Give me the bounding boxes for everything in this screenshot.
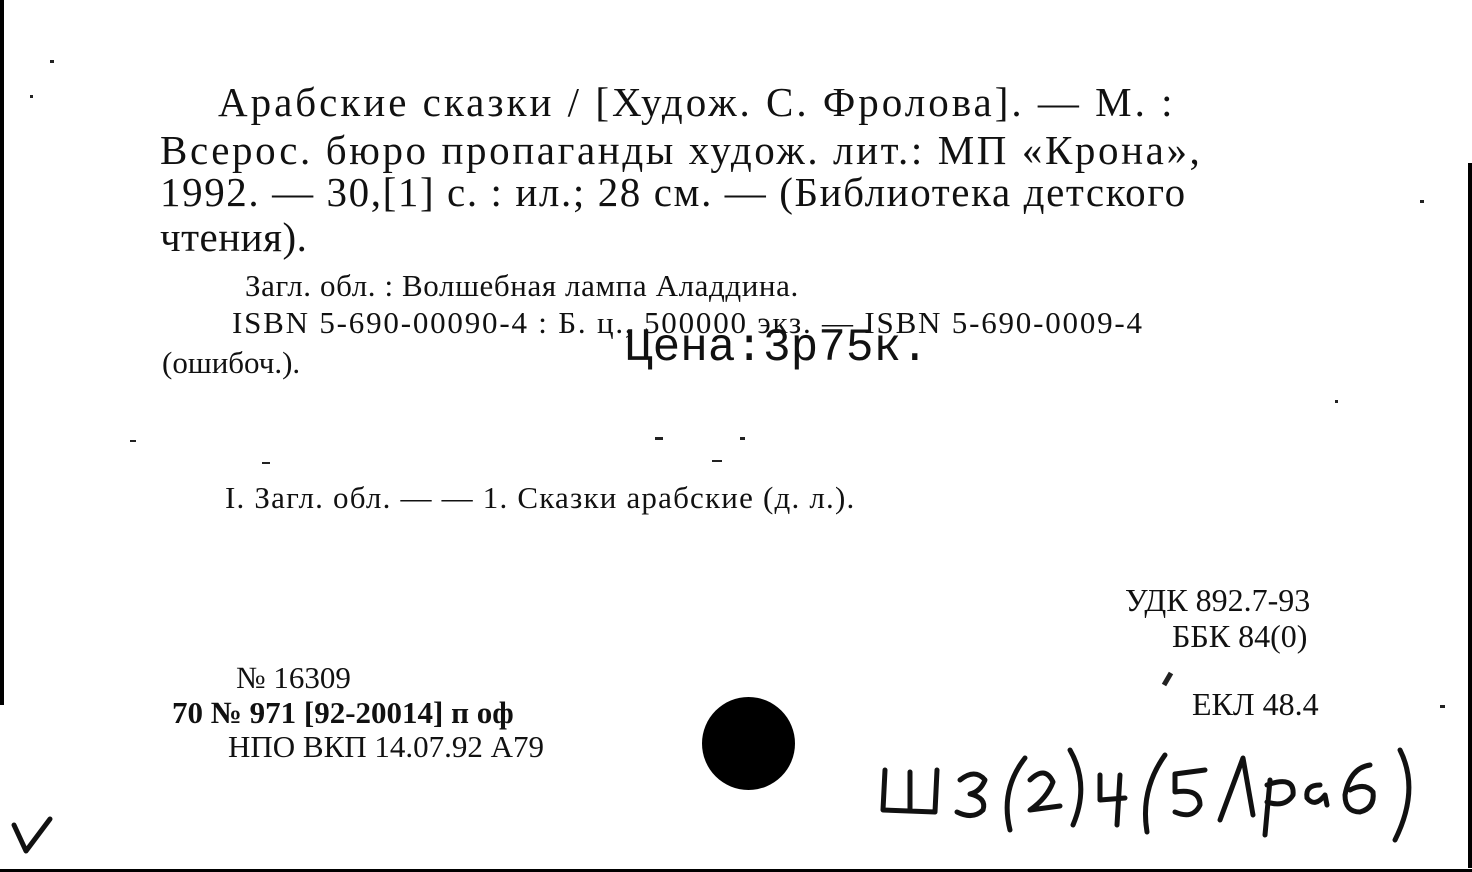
entry-line-1: Арабские сказки / [Худож. С. Фролова]. —… (218, 78, 1338, 126)
scan-speck (1440, 705, 1445, 708)
scan-speck (712, 460, 722, 462)
tracings: I. Загл. обл. — — 1. Сказки арабские (д.… (225, 480, 855, 516)
entry-title-statement: Арабские сказки / [Худож. С. Фролова]. —… (218, 79, 1175, 125)
order-info: 70 № 971 [92-20014] п оф (172, 695, 514, 731)
cover-title-note: Загл. обл. : Волшебная лампа Аладдина. (245, 268, 799, 304)
publisher-info: НПО ВКП 14.07.92 А79 (228, 729, 544, 765)
scan-speck (50, 60, 54, 63)
isbn-error-note: (ошибоч.). (162, 345, 300, 381)
scan-speck (1335, 400, 1338, 403)
punch-hole (702, 697, 795, 790)
card-border-left (0, 0, 4, 705)
scan-speck (30, 95, 33, 98)
checkmark-icon: ✓ (10, 815, 54, 855)
scan-speck (130, 440, 136, 442)
udk-code: УДК 892.7-93 (1125, 582, 1310, 619)
bbk-code: ББК 84(0) (1172, 618, 1307, 655)
catalog-card: Арабские сказки / [Худож. С. Фролова]. —… (0, 0, 1472, 872)
scan-speck (1420, 200, 1424, 203)
scan-speck (262, 462, 270, 464)
price-stamp: Цена:3р75к. (625, 322, 929, 374)
entry-line-2: Всерос. бюро пропаганды худож. лит.: МП … (160, 126, 1340, 174)
ekl-code: ЕКЛ 48.4 (1192, 686, 1319, 723)
ink-mark (1162, 672, 1173, 687)
entry-line-3: 1992. — 30,[1] с. : ил.; 28 см. — (Библи… (160, 168, 1340, 216)
handwritten-shelfmark-icon: Ш3(2)4(5Apaб) (875, 740, 1435, 850)
scan-speck (655, 437, 663, 440)
entry-line-4: чтения). (160, 213, 307, 261)
card-number: № 16309 (236, 660, 351, 696)
scan-speck (740, 437, 745, 440)
card-border-right (1468, 163, 1472, 868)
